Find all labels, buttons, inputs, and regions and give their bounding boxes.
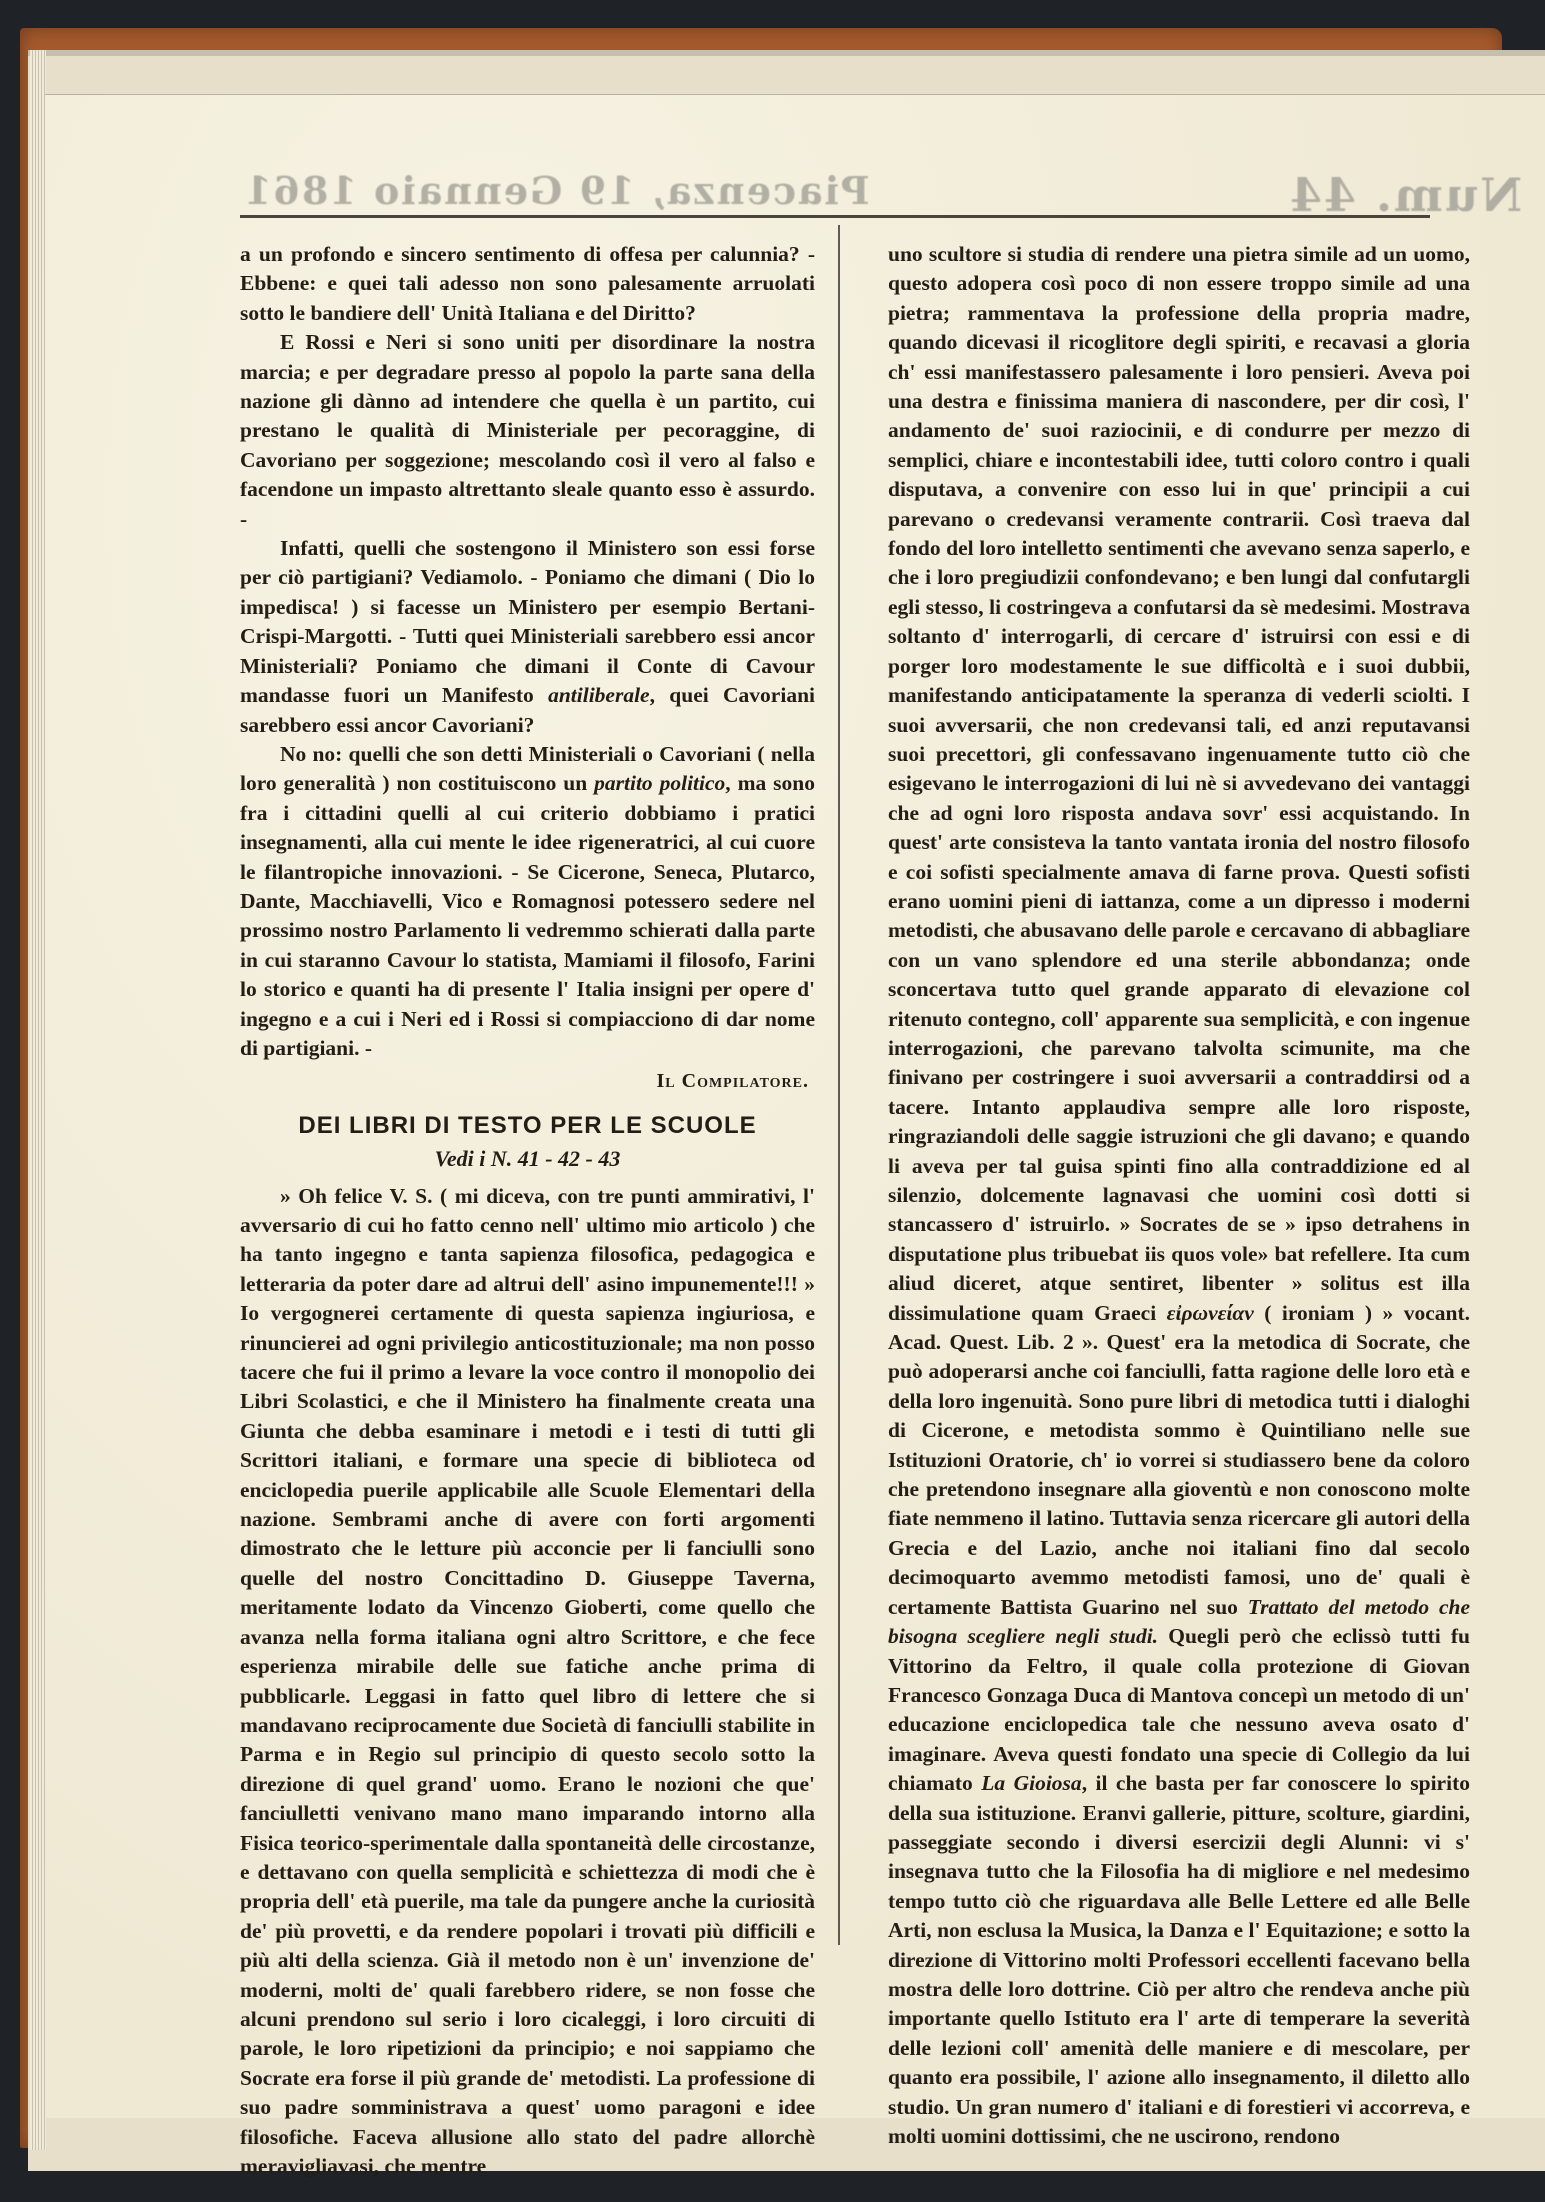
text: ( ironiam ) » vocant. Acad. Quest. Lib. …	[888, 1301, 1470, 1619]
italic-text: antiliberale	[548, 683, 650, 707]
section-subtitle: Vedi i N. 41 - 42 - 43	[240, 1144, 815, 1173]
mirrored-header-date: Piacenza, 19 Gennaio 1861	[243, 168, 870, 213]
text: , il che basta per far conoscere lo spir…	[888, 1771, 1470, 2148]
column-divider	[838, 225, 840, 1945]
left-column: a un profondo e sincero sentimento di of…	[240, 240, 815, 2181]
right-column: uno scultore si studia di rendere una pi…	[888, 240, 1470, 2151]
mirrored-header-number: Num. 44	[1288, 168, 1522, 222]
page-edges	[30, 50, 46, 2150]
paragraph: a un profondo e sincero sentimento di of…	[240, 240, 815, 328]
signature: Il Compilatore.	[240, 1067, 809, 1096]
italic-text: partito politico	[594, 771, 725, 795]
text: Quegli però che eclissò tutti fu Vittori…	[888, 1624, 1470, 1795]
text: Vedi i N.	[435, 1146, 513, 1171]
italic-text: La Gioiosa	[981, 1771, 1081, 1795]
paragraph: E Rossi e Neri si sono uniti per disordi…	[240, 328, 815, 534]
paragraph: uno scultore si studia di rendere una pi…	[888, 240, 1470, 2151]
greek-text: εἰρωνείαν	[1167, 1301, 1254, 1325]
paragraph: No no: quelli che son detti Ministeriali…	[240, 740, 815, 1063]
header-rule	[240, 215, 1430, 218]
text: , ma sono fra i cittadini quelli al cui …	[240, 771, 815, 1060]
section-title: DEI LIBRI DI TESTO PER LE SCUOLE	[240, 1111, 815, 1140]
text: Infatti, quelli che sostengono il Minist…	[240, 536, 815, 707]
text: 41 - 42 - 43	[512, 1146, 620, 1171]
text: uno scultore si studia di rendere una pi…	[888, 242, 1470, 1325]
paragraph: Infatti, quelli che sostengono il Minist…	[240, 534, 815, 740]
paragraph: » Oh felice V. S. ( mi diceva, con tre p…	[240, 1182, 815, 2182]
